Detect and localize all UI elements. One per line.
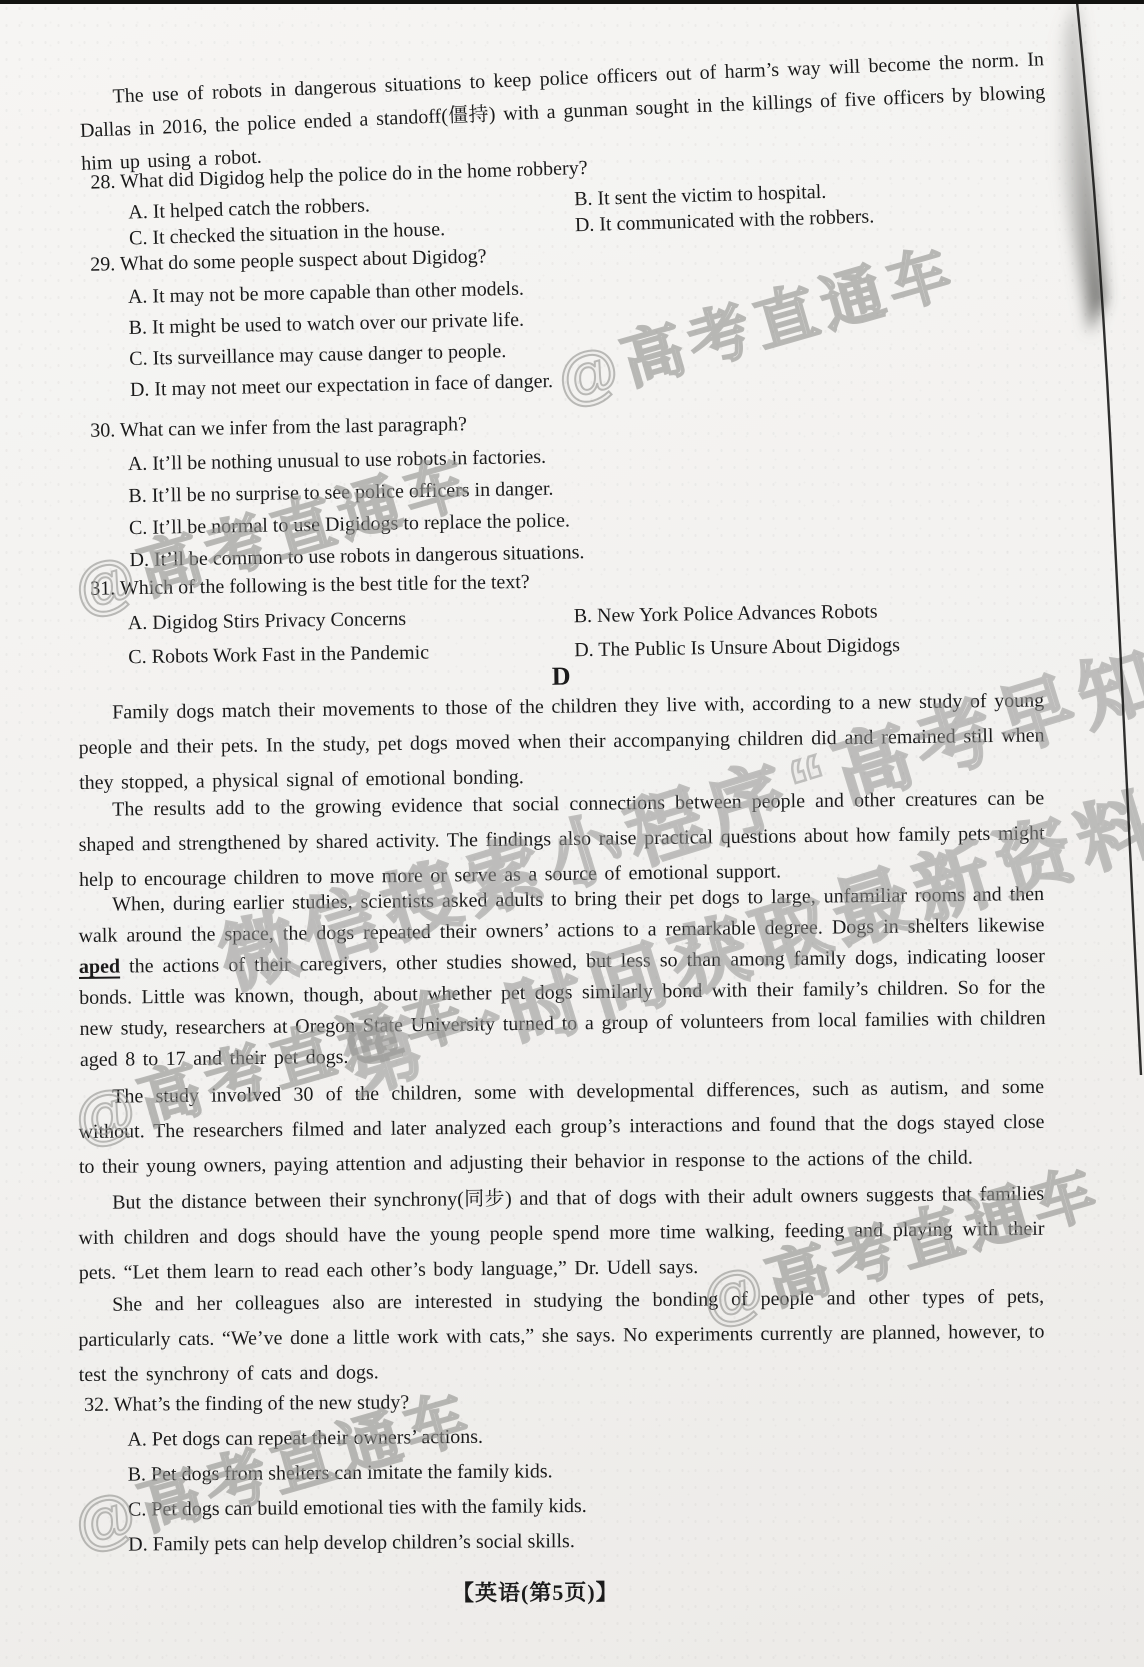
question-32-stem: 32. What’s the finding of the new study?: [78, 1382, 1044, 1420]
question-29-options: A. It may not be more capable than other…: [79, 263, 1047, 407]
page-top-edge: [0, 0, 1144, 4]
passage-d-paragraph-6: She and her colleagues also are interest…: [78, 1280, 1045, 1393]
question-29: 29. What do some people suspect about Di…: [78, 230, 1047, 407]
passage-d-paragraph-4: The study involved 30 of the children, s…: [78, 1070, 1045, 1185]
page-number-footer: 【英语(第5页)】: [452, 1576, 619, 1608]
passage-d-paragraph-5: But the distance between their synchrony…: [78, 1177, 1045, 1291]
question-32: 32. What’s the finding of the new study?…: [78, 1382, 1045, 1563]
paragraph-3-text-after: the actions of their caregivers, other s…: [79, 945, 1046, 1071]
question-30: 30. What can we infer from the last para…: [78, 399, 1047, 577]
edge-shadow-wedge: [1056, 0, 1105, 335]
paragraph-3-text-before: When, during earlier studies, scientists…: [78, 883, 1044, 947]
paragraph-3-keyword-aped: aped: [79, 956, 120, 978]
scanned-exam-page: @高考直通车 @高考直通车 微信搜索小程序“高考早知道” 第一时间获取最新资料 …: [0, 0, 1144, 1667]
question-32-options: A. Pet dogs can repeat their owners’ act…: [78, 1415, 1045, 1563]
question-32-option-d: D. Family pets can help develop children…: [128, 1520, 1045, 1562]
page-edge-line: [1077, 2, 1141, 1075]
question-30-options: A. It’ll be nothing unusual to use robot…: [79, 432, 1047, 577]
passage-d-paragraph-3: When, during earlier studies, scientists…: [78, 879, 1046, 1076]
